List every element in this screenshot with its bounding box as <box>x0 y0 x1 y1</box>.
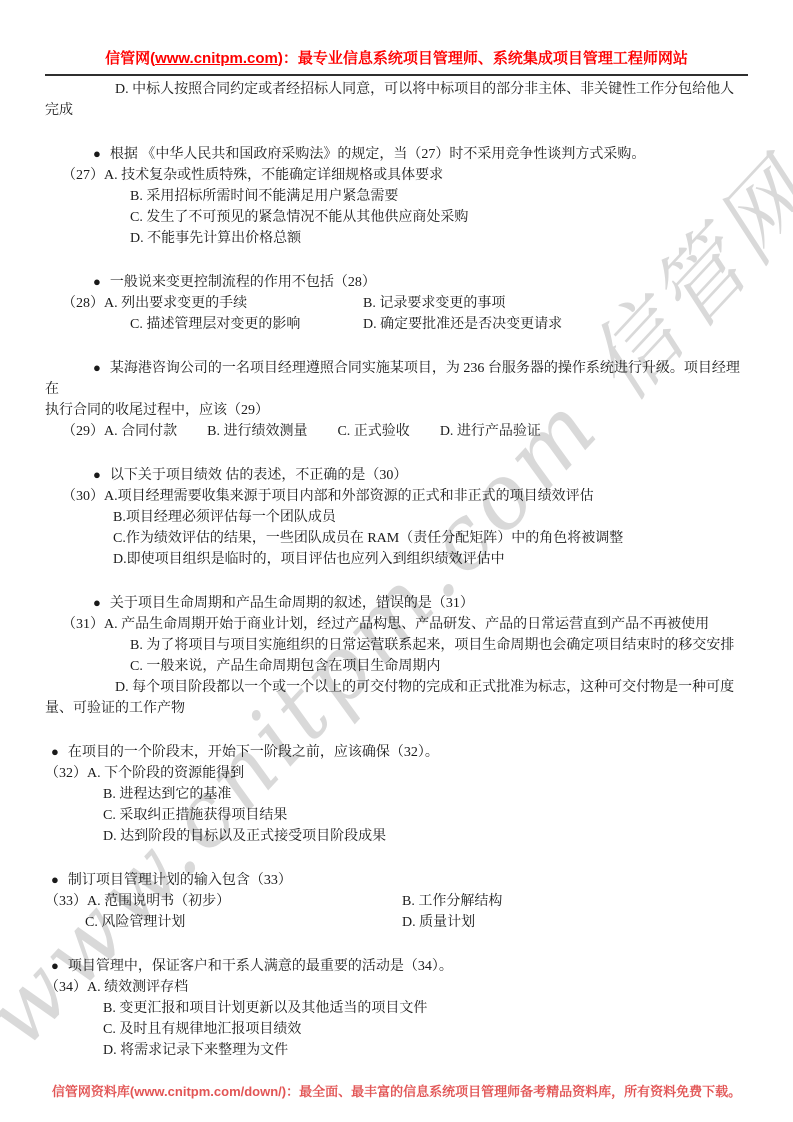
option-30-c: C.作为绩效评估的结果，一些团队成员在 RAM（责任分配矩阵）中的角色将被调整 <box>45 528 748 549</box>
question-28: ●一般说来变更控制流程的作用不包括（28） （28）A. 列出要求变更的手续B.… <box>45 271 748 335</box>
option-32-d: D. 达到阶段的目标以及正式接受项目阶段成果 <box>45 826 748 847</box>
bullet-icon: ● <box>69 464 101 485</box>
question-28-stem-text: 一般说来变更控制流程的作用不包括（28） <box>110 275 376 290</box>
option-34-a: （34）A. 绩效测评存档 <box>45 977 748 998</box>
carryover-paragraph: D. 中标人按照合同约定或者经招标人同意，可以将中标项目的部分非主体、非关键性工… <box>45 79 748 121</box>
option-30-a: （30）A.项目经理需要收集来源于项目内部和外部资源的正式和非正式的项目绩效评估 <box>45 486 748 507</box>
option-32-b: B. 进程达到它的基准 <box>45 784 748 805</box>
question-29-stem-line-2: 执行合同的收尾过程中，应该（29） <box>45 400 748 421</box>
carryover-line-1: D. 中标人按照合同约定或者经招标人同意，可以将中标项目的部分非主体、非关键性工… <box>45 79 748 100</box>
header-divider <box>45 74 748 76</box>
option-30-b: B.项目经理必须评估每一个团队成员 <box>45 507 748 528</box>
question-34-stem-text: 项目管理中，保证客户和干系人满意的最重要的活动是（34）。 <box>68 959 453 974</box>
question-32-stem: ●在项目的一个阶段末，开始下一阶段之前，应该确保（32）。 <box>45 741 748 763</box>
option-34-d: D. 将需求记录下来整理为文件 <box>45 1040 748 1061</box>
bullet-icon: ● <box>69 271 101 292</box>
carryover-line-2: 完成 <box>45 100 748 121</box>
question-31: ●关于项目生命周期和产品生命周期的叙述，错误的是（31） （31）A. 产品生命… <box>45 592 748 719</box>
question-30: ●以下关于项目绩效 估的表述，不正确的是（30） （30）A.项目经理需要收集来… <box>45 464 748 570</box>
question-31-stem: ●关于项目生命周期和产品生命周期的叙述，错误的是（31） <box>45 592 748 614</box>
question-27: ●根据 《中华人民共和国政府采购法》的规定，当（27）时不采用竞争性谈判方式采购… <box>45 143 748 249</box>
question-32: ●在项目的一个阶段末，开始下一阶段之前，应该确保（32）。 （32）A. 下个阶… <box>45 741 748 847</box>
header-site-prefix: 信管网( <box>105 50 155 67</box>
bullet-icon: ● <box>48 955 59 976</box>
option-28-c: C. 描述管理层对变更的影响 <box>45 314 363 335</box>
option-27-b: B. 采用招标所需时间不能满足用户紧急需要 <box>45 186 748 207</box>
question-28-row-2: C. 描述管理层对变更的影响D. 确定要批准还是否决变更请求 <box>45 314 748 335</box>
option-33-a: （33）A. 范围说明书（初步） <box>45 891 402 912</box>
question-30-stem: ●以下关于项目绩效 估的表述，不正确的是（30） <box>45 464 748 486</box>
page-content: 信管网(www.cnitpm.com)：最专业信息系统项目管理师、系统集成项目管… <box>45 49 748 1101</box>
question-33-row-2: C. 风险管理计划D. 质量计划 <box>45 912 748 933</box>
option-31-d-line-1: D. 每个项目阶段都以一个或一个以上的可交付物的完成和正式批准为标志，这种可交付… <box>45 677 748 698</box>
bullet-icon: ● <box>69 592 101 613</box>
header-tagline: )：最专业信息系统项目管理师、系统集成项目管理工程师网站 <box>278 50 688 67</box>
option-32-a: （32）A. 下个阶段的资源能得到 <box>45 763 748 784</box>
option-28-d: D. 确定要批准还是否决变更请求 <box>363 314 562 335</box>
question-33-stem-text: 制订项目管理计划的输入包含（33） <box>68 873 292 888</box>
document-page: www.cnitpm.com 信管网 信管网(www.cnitpm.com)：最… <box>0 0 793 1122</box>
option-31-b: B. 为了将项目与项目实施组织的日常运营联系起来，项目生命周期也会确定项目结束时… <box>45 635 748 656</box>
option-29-b: B. 进行绩效测量 <box>207 424 307 439</box>
bullet-icon: ● <box>69 357 101 378</box>
option-33-c: C. 风险管理计划 <box>45 912 402 933</box>
question-29-stem-text-1: 某海港咨询公司的一名项目经理遵照合同实施某项目，为 236 台服务器的操作系统进… <box>45 361 740 397</box>
option-29-a: （29）A. 合同付款 <box>62 424 177 439</box>
question-29-stem-line-1: ●某海港咨询公司的一名项目经理遵照合同实施某项目，为 236 台服务器的操作系统… <box>45 357 748 400</box>
option-28-b: B. 记录要求变更的事项 <box>363 293 505 314</box>
footer-download-link[interactable]: www.cnitpm.com/down/ <box>134 1084 282 1099</box>
option-34-b: B. 变更汇报和项目计划更新以及其他适当的项目文件 <box>45 998 748 1019</box>
option-33-b: B. 工作分解结构 <box>402 891 502 912</box>
option-31-d-line-2: 量、可验证的工作产物 <box>45 698 748 719</box>
question-29-options-row: （29）A. 合同付款B. 进行绩效测量C. 正式验收D. 进行产品验证 <box>45 421 748 442</box>
question-32-stem-text: 在项目的一个阶段末，开始下一阶段之前，应该确保（32）。 <box>68 745 439 760</box>
footer-suffix: )：最全面、最丰富的信息系统项目管理师备考精品资料库，所有资料免费下载。 <box>282 1084 741 1099</box>
question-30-stem-text: 以下关于项目绩效 估的表述，不正确的是（30） <box>110 468 408 483</box>
question-33-row-1: （33）A. 范围说明书（初步）B. 工作分解结构 <box>45 891 748 912</box>
option-31-a: （31）A. 产品生命周期开始于商业计划，经过产品构思、产品研发、产品的日常运营… <box>45 614 748 635</box>
bullet-icon: ● <box>69 143 101 164</box>
question-34-stem: ●项目管理中，保证客户和干系人满意的最重要的活动是（34）。 <box>45 955 748 977</box>
option-27-d: D. 不能事先计算出价格总额 <box>45 228 748 249</box>
option-27-a: （27）A. 技术复杂或性质特殊，不能确定详细规格或具体要求 <box>45 165 748 186</box>
option-29-c: C. 正式验收 <box>337 424 409 439</box>
question-27-stem: ●根据 《中华人民共和国政府采购法》的规定，当（27）时不采用竞争性谈判方式采购… <box>45 143 748 165</box>
bullet-icon: ● <box>48 741 59 762</box>
question-31-stem-text: 关于项目生命周期和产品生命周期的叙述，错误的是（31） <box>110 596 474 611</box>
question-33: ●制订项目管理计划的输入包含（33） （33）A. 范围说明书（初步）B. 工作… <box>45 869 748 933</box>
question-27-stem-text: 根据 《中华人民共和国政府采购法》的规定，当（27）时不采用竞争性谈判方式采购。 <box>110 147 646 162</box>
header-banner: 信管网(www.cnitpm.com)：最专业信息系统项目管理师、系统集成项目管… <box>45 49 748 69</box>
option-33-d: D. 质量计划 <box>402 912 475 933</box>
option-34-c: C. 及时且有规律地汇报项目绩效 <box>45 1019 748 1040</box>
question-33-stem: ●制订项目管理计划的输入包含（33） <box>45 869 748 891</box>
option-30-d: D.即使项目组织是临时的，项目评估也应列入到组织绩效评估中 <box>45 549 748 570</box>
footer-banner: 信管网资料库(www.cnitpm.com/down/)：最全面、最丰富的信息系… <box>45 1083 748 1101</box>
question-34: ●项目管理中，保证客户和干系人满意的最重要的活动是（34）。 （34）A. 绩效… <box>45 955 748 1061</box>
option-28-a: （28）A. 列出要求变更的手续 <box>45 293 363 314</box>
option-32-c: C. 采取纠正措施获得项目结果 <box>45 805 748 826</box>
bullet-icon: ● <box>48 869 59 890</box>
option-31-c: C. 一般来说，产品生命周期包含在项目生命周期内 <box>45 656 748 677</box>
question-29: ●某海港咨询公司的一名项目经理遵照合同实施某项目，为 236 台服务器的操作系统… <box>45 357 748 442</box>
header-site-link[interactable]: www.cnitpm.com <box>155 50 278 67</box>
question-28-row-1: （28）A. 列出要求变更的手续B. 记录要求变更的事项 <box>45 293 748 314</box>
footer-prefix: 信管网资料库( <box>52 1084 134 1099</box>
question-28-stem: ●一般说来变更控制流程的作用不包括（28） <box>45 271 748 293</box>
option-27-c: C. 发生了不可预见的紧急情况不能从其他供应商处采购 <box>45 207 748 228</box>
option-29-d: D. 进行产品验证 <box>440 424 541 439</box>
